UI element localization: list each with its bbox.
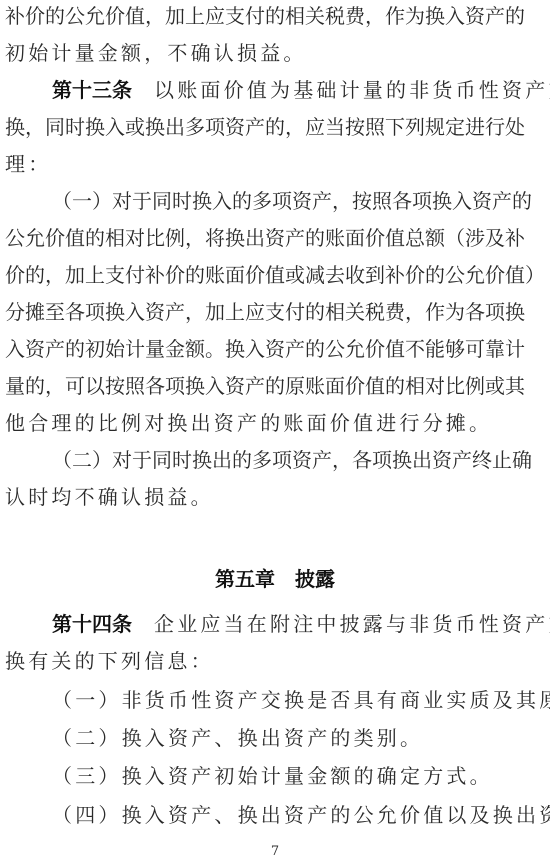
disclosure-item: （一）非货币性资产交换是否具有商业实质及其原因。: [52, 685, 550, 715]
article-13-line-2: 换，同时换入或换出多项资产的，应当按照下列规定进行处: [5, 112, 505, 142]
item-1-line: 价的，加上支付补价的账面价值或减去收到补价的公允价值）: [5, 260, 505, 290]
article-14-label: 第十四条: [52, 612, 132, 636]
article-14-line-1: 第十四条企业应当在附注中披露与非货币性资产交: [52, 609, 505, 639]
disclosure-item: （二）换入资产、换出资产的类别。: [52, 723, 550, 753]
article-13-line-3: 理：: [5, 149, 505, 179]
item-1-line: 他合理的比例对换出资产的账面价值进行分摊。: [5, 408, 505, 438]
disclosure-item: （三）换入资产初始计量金额的确定方式。: [52, 761, 550, 791]
article-13-label: 第十三条: [52, 78, 132, 102]
chapter-number: 第五章: [215, 567, 275, 591]
article-14-text: 企业应当在附注中披露与非货币性资产交: [154, 612, 550, 636]
item-1-line: 入资产的初始计量金额。换入资产的公允价值不能够可靠计: [5, 334, 505, 364]
item-2-line: 认时均不确认损益。: [5, 482, 505, 512]
chapter-heading: 第五章披露: [0, 563, 550, 592]
item-1-line: （一）对于同时换入的多项资产，按照各项换入资产的: [52, 186, 505, 216]
item-1-line: 分摊至各项换入资产，加上应支付的相关税费，作为各项换: [5, 297, 505, 327]
paragraph-line: 初始计量金额，不确认损益。: [5, 38, 505, 68]
paragraph-line: 补价的公允价值，加上应支付的相关税费，作为换入资产的: [5, 1, 505, 31]
chapter-title: 披露: [295, 567, 335, 591]
disclosure-item: （四）换入资产、换出资产的公允价值以及换出资产的: [52, 800, 550, 830]
article-14-line-2: 换有关的下列信息：: [5, 646, 505, 676]
item-1-line: 量的，可以按照各项换入资产的原账面价值的相对比例或其: [5, 371, 505, 401]
item-2-line: （二）对于同时换出的多项资产，各项换出资产终止确: [52, 445, 505, 475]
item-1-line: 公允价值的相对比例，将换出资产的账面价值总额（涉及补: [5, 223, 505, 253]
article-13-text: 以账面价值为基础计量的非货币性资产交: [154, 78, 550, 102]
page-number: 7: [0, 844, 550, 859]
article-13-line-1: 第十三条以账面价值为基础计量的非货币性资产交: [52, 75, 505, 105]
